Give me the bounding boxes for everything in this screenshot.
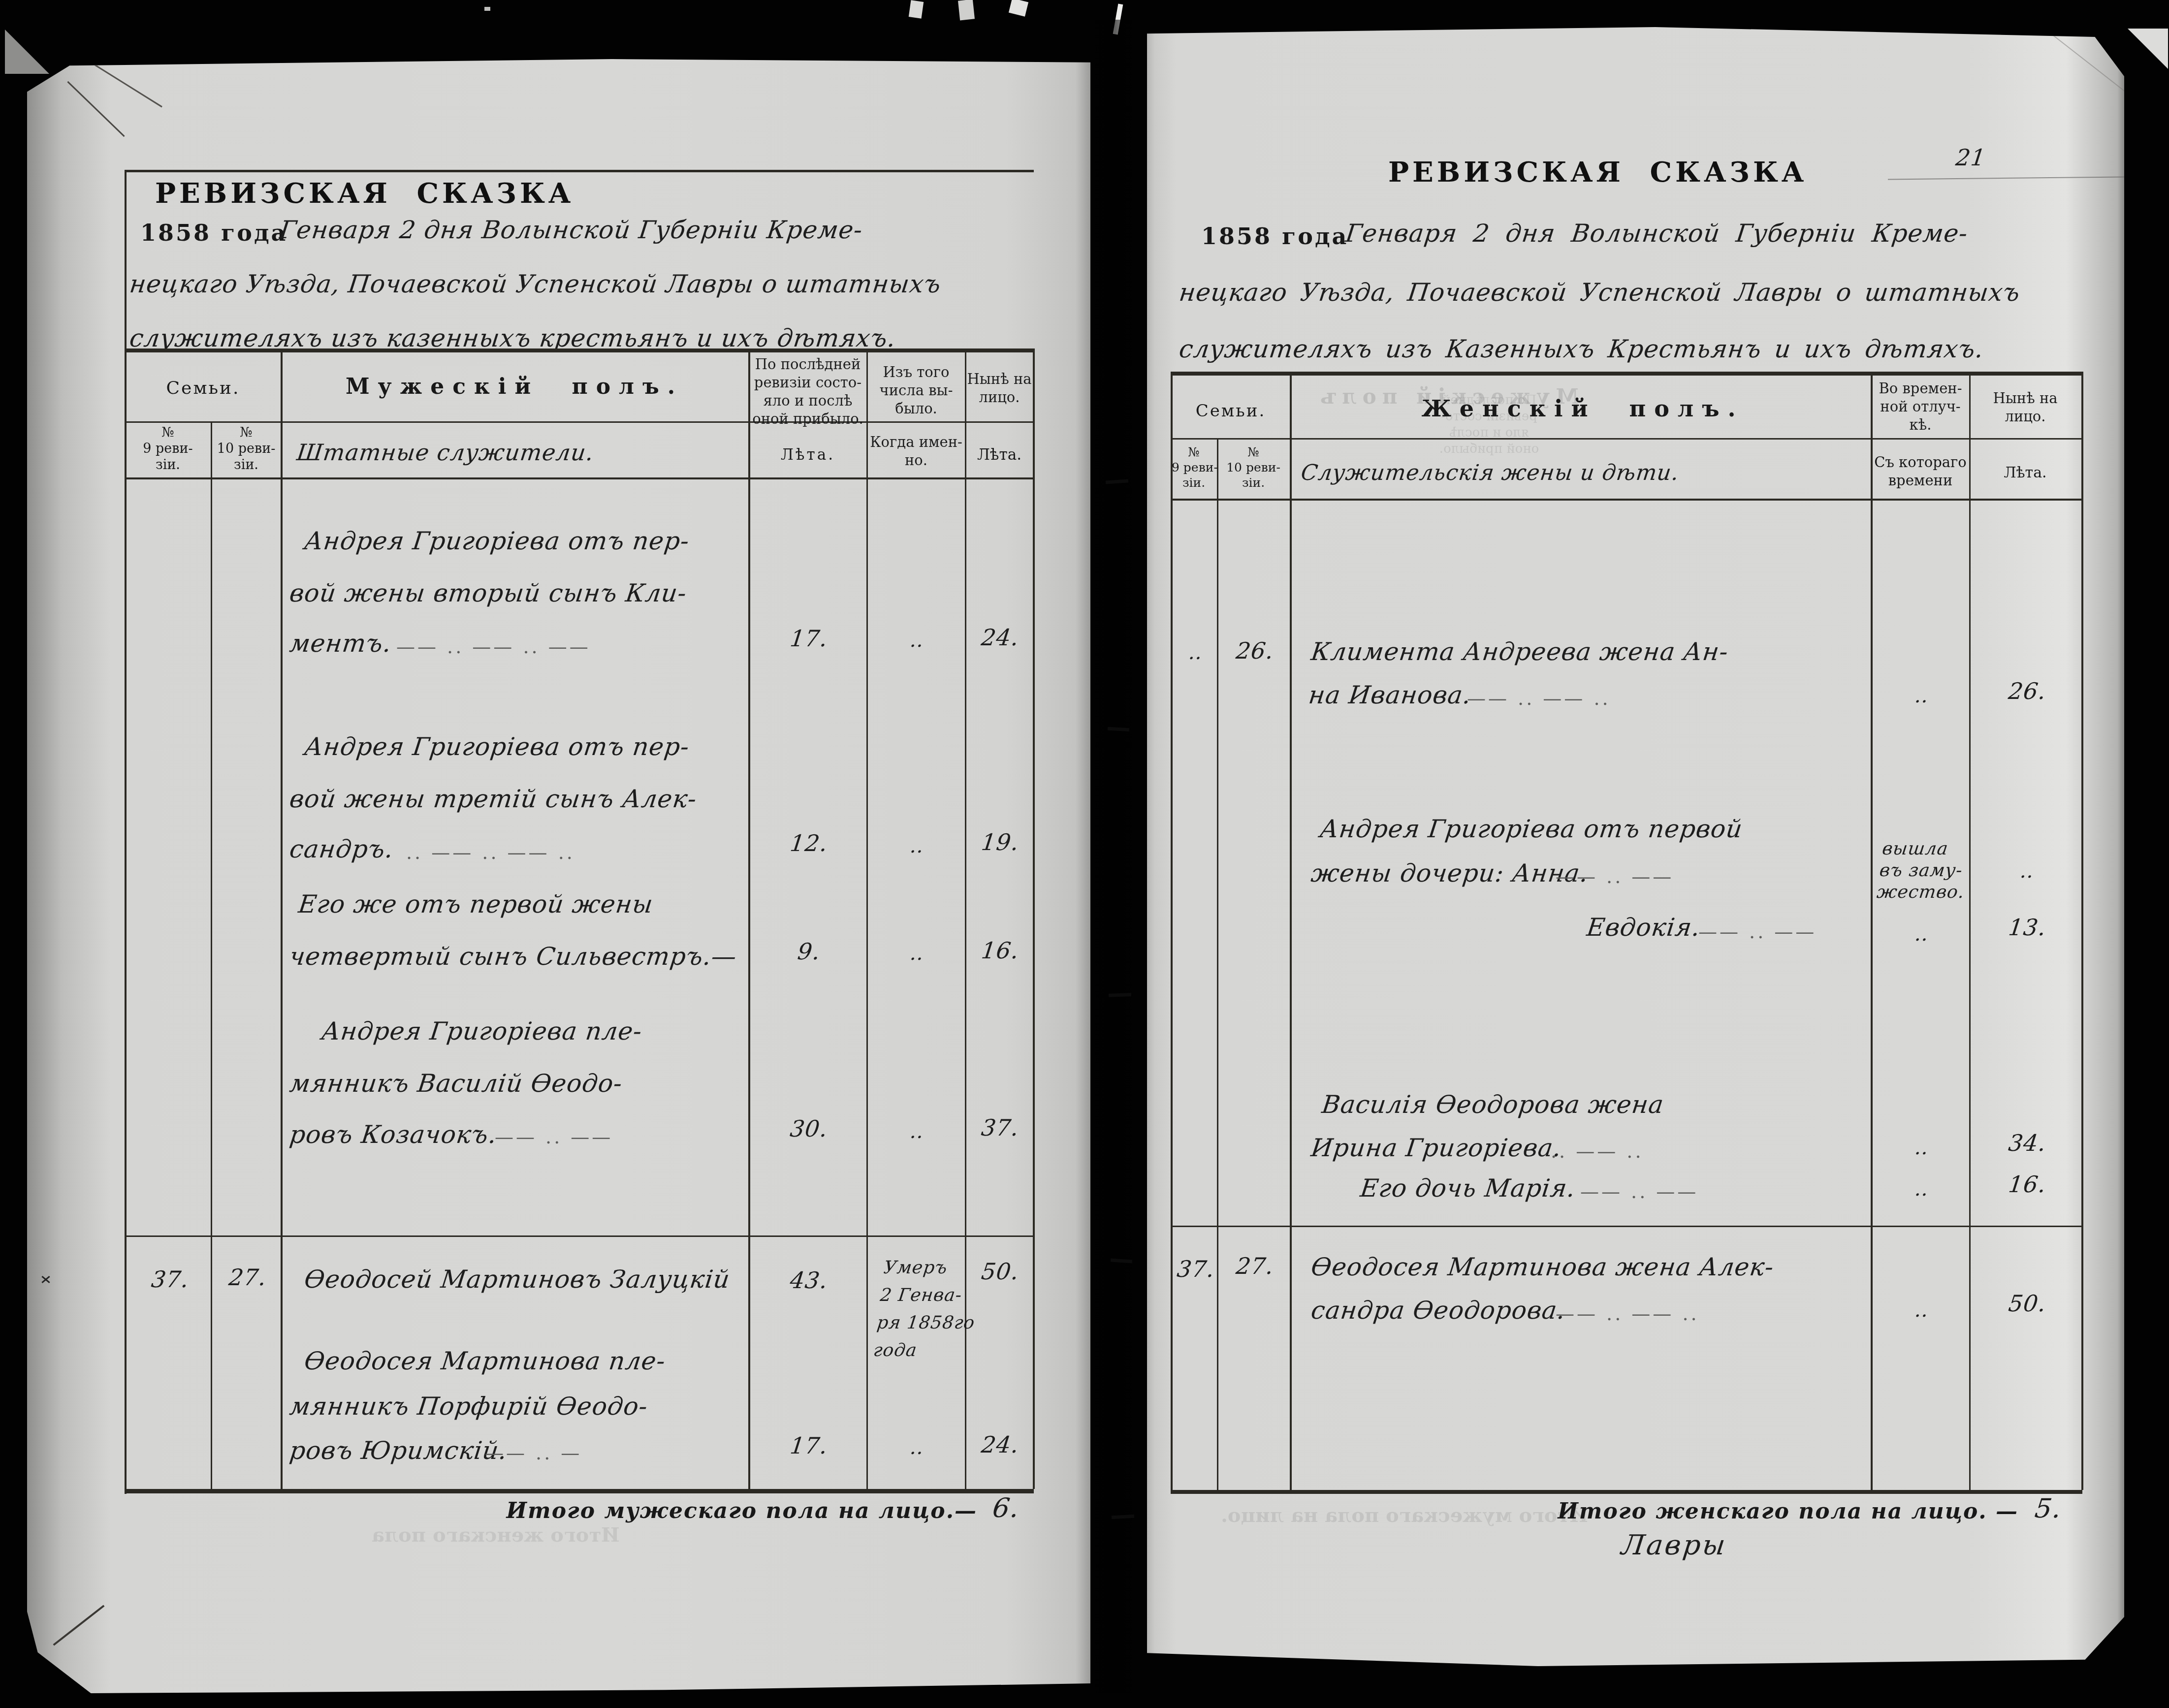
age-previous: 9. xyxy=(751,938,867,965)
col-header-rev10: № 10 реви- зіи. xyxy=(1218,444,1289,490)
entry-line: Андрея Григоріева отъ пер- xyxy=(303,527,691,555)
col-header-rev9: № 9 реви- зіи. xyxy=(1172,444,1216,490)
dotted-leader: —— .. —— xyxy=(1580,1181,1698,1202)
table-left-rule xyxy=(1171,372,1173,1490)
col-header-male: Мужескій полъ. xyxy=(283,374,746,399)
header-top-rule xyxy=(1171,372,2082,376)
dotted-leader: —— .. —— .. xyxy=(1556,1303,1699,1325)
death-note: Умеръ 2 Генва- ря 1858го года xyxy=(872,1254,979,1364)
col-header-prev-revision: По послѣдней ревизіи состо- яло и послѣ … xyxy=(751,355,865,428)
family-number-rev10: 27. xyxy=(1219,1253,1291,1279)
crease-line xyxy=(1888,176,2124,180)
when-mark: .. xyxy=(869,1436,965,1459)
age-previous: 17. xyxy=(751,625,867,652)
page-title: РЕВИЗСКАЯ СКАЗКА xyxy=(1388,156,1713,189)
col-subheader-years: Лѣта. xyxy=(966,446,1032,464)
dotted-leader: —— .. —— xyxy=(495,1126,613,1148)
family-number-rev10: 27. xyxy=(212,1264,284,1291)
family-number-rev9: .. xyxy=(1173,641,1219,664)
signature: Лавры xyxy=(1620,1529,1729,1561)
page-title: РЕВИЗСКАЯ СКАЗКА xyxy=(155,177,475,210)
stitch-mark xyxy=(1111,1258,1132,1263)
col-subheader-years: Лѣта. xyxy=(751,446,865,464)
col-header-wives-handwritten: Служительскія жены и дѣти. xyxy=(1300,460,1681,485)
entry-line: жены дочери: Анна. xyxy=(1309,859,1590,887)
intro-year: 1858 года xyxy=(140,220,287,246)
entry-line: Климента Андреева жена Ан- xyxy=(1309,637,1730,666)
header-top-rule xyxy=(125,348,1034,352)
col-subheader-since: Съ котораго времени xyxy=(1873,453,1968,490)
since-mark: .. xyxy=(1874,1299,1970,1322)
family-number-rev10: 26. xyxy=(1219,637,1291,664)
age-now: 34. xyxy=(1972,1130,2083,1156)
header-bottom-rule xyxy=(125,477,1034,479)
entry-line: ровъ Козачокъ. xyxy=(288,1120,499,1149)
dotted-leader: —— .. —— xyxy=(1698,921,1817,943)
entry-line: сандра Ѳеодорова. xyxy=(1309,1296,1567,1325)
col-rule xyxy=(1217,438,1218,1490)
entry-line: Ѳеодосей Мартиновъ Залуцкій xyxy=(303,1265,732,1294)
page-corner-fold xyxy=(2128,29,2168,69)
intro-line: Генваря 2 дня Волынской Губерніи Креме- xyxy=(278,216,864,244)
dotted-leader: —— .. —— xyxy=(1556,866,1674,887)
when-mark: .. xyxy=(869,942,965,965)
table-right-rule xyxy=(2081,372,2083,1490)
page-corner-fold xyxy=(5,30,49,74)
scan-artifact xyxy=(909,0,924,18)
fold-line xyxy=(53,1605,105,1645)
dotted-leader: .. —— .. xyxy=(1551,1140,1643,1162)
col-header-female: Женскій полъ. xyxy=(1295,395,1871,422)
entry-line: мянникъ Василій Ѳеодо- xyxy=(288,1069,624,1098)
entry-line: сандръ. xyxy=(288,835,395,863)
col-rule xyxy=(866,348,868,1489)
stitch-mark xyxy=(1108,727,1129,731)
age-previous: 17. xyxy=(751,1432,867,1459)
section-rule xyxy=(1171,1226,2082,1227)
intro-line: нецкаго Уѣзда, Почаевской Успенской Лавр… xyxy=(1178,278,2022,307)
age-now: 24. xyxy=(965,624,1035,651)
age-now: 50. xyxy=(965,1258,1035,1285)
intro-line: нецкаго Уѣзда, Почаевской Успенской Лавр… xyxy=(128,270,943,298)
col-header-staff-handwritten: Штатные служители. xyxy=(295,439,595,466)
header-mid-rule xyxy=(125,421,1034,423)
intro-year: 1858 года xyxy=(1201,223,1348,250)
age-now: 16. xyxy=(965,937,1035,964)
age-previous: 30. xyxy=(751,1115,867,1142)
header-mid-rule xyxy=(1171,438,2082,440)
total-label: Итого мужескаго пола на лицо.— xyxy=(465,1498,977,1523)
left-page: РЕВИЗСКАЯ СКАЗКА 1858 года Генваря 2 дня… xyxy=(27,59,1090,1693)
col-rule xyxy=(211,421,212,1489)
dotted-leader: —— .. — xyxy=(485,1442,582,1464)
age-now: 26. xyxy=(1972,678,2083,704)
since-mark: .. xyxy=(1874,1137,1970,1159)
col-header-rev9: № 9 реви- зіи. xyxy=(126,424,210,473)
entry-line: Андрея Григоріева пле- xyxy=(320,1017,644,1045)
scan-artifact xyxy=(1113,4,1123,35)
col-header-present: Нынѣ на лицо. xyxy=(1971,389,2080,426)
age-now: 13. xyxy=(1972,914,2083,941)
scan-artifact xyxy=(484,7,490,11)
total-value: 6. xyxy=(991,1492,1021,1523)
scan-artifact xyxy=(1009,0,1028,17)
age-now: .. xyxy=(1972,860,2083,883)
stitch-mark xyxy=(1106,479,1128,484)
table-top-rule xyxy=(125,170,1034,172)
page-number: 21 xyxy=(1954,144,1987,171)
right-page: 21 РЕВИЗСКАЯ СКАЗКА 1858 года Генваря 2 … xyxy=(1147,27,2124,1666)
age-previous: 12. xyxy=(751,830,867,856)
dotted-leader: —— .. —— .. xyxy=(1467,688,1611,709)
entry-line: ровъ Юримскій. xyxy=(288,1436,509,1465)
entry-line: вой жены третій сынъ Алек- xyxy=(288,785,699,813)
col-rule xyxy=(281,348,283,1489)
since-mark: .. xyxy=(1874,923,1970,946)
absence-note: вышла въ заму- жество. xyxy=(1876,838,1971,903)
scan-artifact xyxy=(958,0,975,20)
entry-line: Андрея Григоріева отъ первой xyxy=(1318,815,1744,843)
col-header-absence: Во времен- ной отлуч- кѣ. xyxy=(1873,380,1968,434)
table-right-rule xyxy=(1033,348,1035,1489)
col-header-rev10: № 10 реви- зіи. xyxy=(212,424,280,473)
when-mark: .. xyxy=(869,1120,965,1143)
age-now: 50. xyxy=(1972,1290,2083,1317)
col-rule xyxy=(1871,372,1873,1490)
entry-line: Ирина Григоріева. xyxy=(1309,1134,1563,1162)
entry-line: мянникъ Порфирій Ѳеодо- xyxy=(288,1392,649,1421)
scanned-revision-list: РЕВИЗСКАЯ СКАЗКА 1858 года Генваря 2 дня… xyxy=(0,0,2169,1708)
col-header-family: Семьи. xyxy=(126,378,281,398)
bleedthrough-text: Итого женскаго пола xyxy=(372,1523,620,1547)
intro-line: Генваря 2 дня Волынской Губерніи Креме- xyxy=(1344,219,1970,248)
stitch-mark xyxy=(1112,1515,1134,1519)
fold-line xyxy=(67,81,125,137)
age-now: 24. xyxy=(965,1431,1035,1458)
age-now: 37. xyxy=(965,1114,1035,1141)
table-left-rule xyxy=(125,170,127,1494)
when-mark: .. xyxy=(869,835,965,857)
age-now: 16. xyxy=(1972,1171,2083,1198)
table-bottom-rule xyxy=(125,1489,1034,1493)
entry-line: Василія Ѳеодорова жена xyxy=(1320,1090,1665,1119)
col-rule xyxy=(748,348,750,1489)
col-subheader-years: Лѣта. xyxy=(1971,464,2080,481)
total-value: 5. xyxy=(2033,1493,2063,1524)
entry-line: Евдокія. xyxy=(1585,913,1702,942)
since-mark: .. xyxy=(1874,685,1970,707)
when-mark: .. xyxy=(869,629,965,652)
stitch-mark xyxy=(1109,993,1131,997)
entry-line: Андрея Григоріева отъ пер- xyxy=(303,732,691,761)
intro-line: служителяхъ изъ Казенныхъ Крестьянъ и их… xyxy=(1178,335,1985,363)
col-subheader-when: Когда имен- но. xyxy=(869,433,963,470)
dotted-leader: —— .. —— .. —— xyxy=(396,636,591,658)
family-number-rev9: 37. xyxy=(1173,1256,1219,1282)
entry-line: вой жены вторый сынъ Кли- xyxy=(288,579,688,607)
header-bottom-rule xyxy=(1171,499,2082,501)
table-bottom-rule xyxy=(1171,1490,2082,1494)
age-previous: 43. xyxy=(751,1267,867,1294)
entry-line: Ѳеодосея Мартинова жена Алек- xyxy=(1309,1253,1776,1281)
family-number-rev9: 37. xyxy=(128,1266,213,1293)
col-rule xyxy=(1290,372,1292,1490)
section-rule xyxy=(125,1235,1034,1237)
dotted-leader: .. —— .. —— .. xyxy=(406,842,575,863)
entry-line: Его дочь Марія. xyxy=(1359,1174,1577,1202)
entry-line: ментъ. xyxy=(288,629,393,658)
since-mark: .. xyxy=(1874,1178,1970,1201)
entry-line: Ѳеодосея Мартинова пле- xyxy=(303,1347,667,1375)
col-header-departed: Изъ того числа вы- было. xyxy=(869,363,963,418)
total-label: Итого женскаго пола на лицо. — xyxy=(1487,1499,2018,1524)
entry-line: на Иванова. xyxy=(1307,681,1473,709)
age-now: 19. xyxy=(965,829,1035,855)
col-header-family: Семьи. xyxy=(1172,401,1290,421)
col-header-present: Нынѣ на лицо. xyxy=(966,370,1032,407)
entry-line: Его же отъ первой жены xyxy=(297,890,655,918)
entry-line: четвертый сынъ Сильвестръ.— xyxy=(288,942,738,971)
col-rule xyxy=(1969,372,1971,1490)
